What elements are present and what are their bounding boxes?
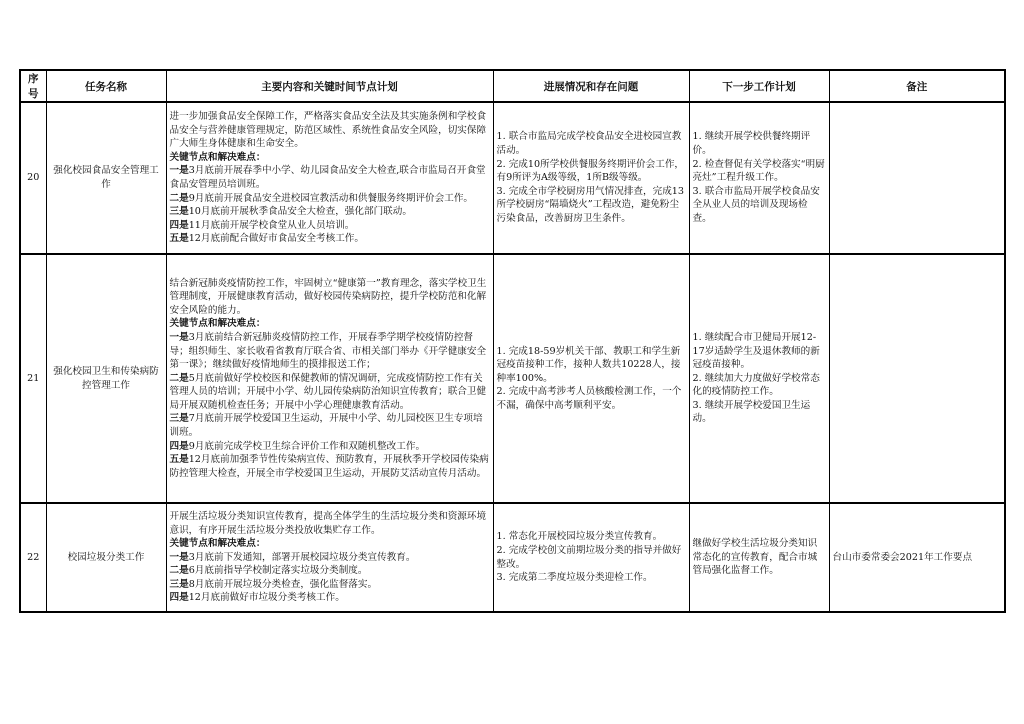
key-title: 关键节点和解决难点： [170,317,490,331]
progress-item: 3. 完成第二季度垃圾分类迎检工作。 [497,571,686,585]
header-row: 序号 任务名称 主要内容和关键时间节点计划 进展情况和存在问题 下一步工作计划 … [20,70,1005,102]
note [829,254,1005,503]
key-item: 四是11月底前开展学校食堂从业人员培训。 [170,219,490,233]
key-lead: 四是 [170,441,189,452]
key-lead: 五是 [170,454,189,465]
key-text: 3月底前结合新冠肺炎疫情防控工作，开展春季学期学校疫情防控督导；组织师生、家长收… [170,332,487,370]
next-item: 2. 继续加大力度做好学校常态化的疫情防控工作。 [693,372,826,399]
progress-item: 2. 完成10所学校供餐服务终期评价会工作，有9所评为A级等级，1所B级等级。 [497,158,686,185]
main-content: 进一步加强食品安全保障工作，严格落实食品安全法及其实施条例和学校食品安全与营养健… [166,102,493,254]
key-text: 8月底前开展垃圾分类检查，强化监督落实。 [189,579,377,590]
key-item: 四是9月底前完成学校卫生综合评价工作和双随机整改工作。 [170,440,490,454]
key-text: 5月底前做好学校校医和保健教师的情况调研，完成疫情防控工作有关管理人员的培训；开… [170,373,487,411]
key-item: 三是7月底前开展学校爱国卫生运动，开展中小学、幼儿园校医卫生专项培训班。 [170,412,490,439]
key-lead: 四是 [170,592,189,603]
next-plan: 继做好学校生活垃圾分类知识常态化的宣传教育，配合市城管局强化监督工作。 [689,503,829,612]
key-lead: 五是 [170,233,189,244]
key-text: 12月底前配合做好市食品安全考核工作。 [189,233,364,244]
task-name: 强化校园食品安全管理工作 [46,102,166,254]
header-task-name: 任务名称 [46,70,166,102]
header-next-plan: 下一步工作计划 [689,70,829,102]
key-lead: 三是 [170,579,189,590]
row-no: 21 [20,254,46,503]
note: 台山市委常委会2021年工作要点 [829,503,1005,612]
next-item: 2. 检查督促有关学校落实“明厨亮灶”工程升级工作。 [693,158,826,185]
key-lead: 二是 [170,565,189,576]
key-lead: 二是 [170,373,189,384]
next-item: 1. 继续配合市卫健局开展12-17岁适龄学生及退休教师的新冠疫苗接种。 [693,331,826,372]
progress: 1. 常态化开展校园垃圾分类宣传教育。 2. 完成学校创文前期垃圾分类的指导并做… [493,503,689,612]
key-text: 10月底前开展秋季食品安全大检查，强化部门联动。 [189,206,412,217]
key-item: 三是8月底前开展垃圾分类检查，强化监督落实。 [170,578,490,592]
next-item: 继做好学校生活垃圾分类知识常态化的宣传教育，配合市城管局强化监督工作。 [693,537,826,578]
progress-item: 3. 完成全市学校厨房用气情况排查，完成13所学校厨房“隔墙烧火”工程改造，避免… [497,185,686,226]
progress-item: 1. 常态化开展校园垃圾分类宣传教育。 [497,530,686,544]
row-no: 22 [20,503,46,612]
key-item: 一是3月底前下发通知，部署开展校园垃圾分类宣传教育。 [170,551,490,565]
key-item: 五是12月底前加强季节性传染病宣传、预防教育，开展秋季开学校园传染病防控管理大检… [170,453,490,480]
next-item: 3. 联合市监局开展学校食品安全从业人员的培训及现场检查。 [693,185,826,226]
main-intro: 进一步加强食品安全保障工作，严格落实食品安全法及其实施条例和学校食品安全与营养健… [170,110,490,151]
progress-item: 1. 完成18-59岁机关干部、教职工和学生新冠疫苗接种工作，接种人数共1022… [497,345,686,386]
progress: 1. 联合市监局完成学校食品安全进校园宣教活动。 2. 完成10所学校供餐服务终… [493,102,689,254]
key-item: 一是3月底前结合新冠肺炎疫情防控工作，开展春季学期学校疫情防控督导；组织师生、家… [170,331,490,372]
table-row: 21 强化校园卫生和传染病防控管理工作 结合新冠肺炎疫情防控工作，牢固树立“健康… [20,254,1005,503]
key-title: 关键节点和解决难点： [170,151,490,165]
next-plan: 1. 继续配合市卫健局开展12-17岁适龄学生及退休教师的新冠疫苗接种。 2. … [689,254,829,503]
main-content: 开展生活垃圾分类知识宣传教育，提高全体学生的生活垃圾分类和资源环境意识，有序开展… [166,503,493,612]
key-text: 9月底前完成学校卫生综合评价工作和双随机整改工作。 [189,441,425,452]
note [829,102,1005,254]
task-name: 校园垃圾分类工作 [46,503,166,612]
key-item: 一是3月底前开展春季中小学、幼儿园食品安全大检查,联合市监局召开食堂食品安管理员… [170,164,490,191]
key-item: 二是5月底前做好学校校医和保健教师的情况调研，完成疫情防控工作有关管理人员的培训… [170,372,490,413]
header-no: 序号 [20,70,46,102]
main-content: 结合新冠肺炎疫情防控工作，牢固树立“健康第一”教育理念，落实学校卫生管理制度，开… [166,254,493,503]
header-main-content: 主要内容和关键时间节点计划 [166,70,493,102]
key-text: 12月底前加强季节性传染病宣传、预防教育，开展秋季开学校园传染病防控管理大检查，… [170,454,489,479]
key-lead: 三是 [170,413,189,424]
main-intro: 结合新冠肺炎疫情防控工作，牢固树立“健康第一”教育理念，落实学校卫生管理制度，开… [170,277,490,318]
key-lead: 二是 [170,193,189,204]
key-text: 3月底前开展春季中小学、幼儿园食品安全大检查,联合市监局召开食堂食品安管理员培训… [170,165,486,190]
key-item: 二是6月底前指导学校制定落实垃圾分类制度。 [170,564,490,578]
next-item: 1. 继续开展学校供餐终期评价。 [693,130,826,157]
key-item: 五是12月底前配合做好市食品安全考核工作。 [170,232,490,246]
key-text: 12月底前做好市垃圾分类考核工作。 [189,592,345,603]
progress-item: 2. 完成学校创文前期垃圾分类的指导并做好整改。 [497,544,686,571]
key-lead: 四是 [170,220,189,231]
work-plan-table: 序号 任务名称 主要内容和关键时间节点计划 进展情况和存在问题 下一步工作计划 … [19,69,1006,613]
key-item: 三是10月底前开展秋季食品安全大检查，强化部门联动。 [170,205,490,219]
progress-item: 2. 完成中高考涉考人员核酸检测工作，一个不漏，确保中高考顺利平安。 [497,385,686,412]
key-lead: 一是 [170,332,189,343]
key-text: 7月底前开展学校爱国卫生运动，开展中小学、幼儿园校医卫生专项培训班。 [170,413,483,438]
key-text: 11月底前开展学校食堂从业人员培训。 [189,220,355,231]
next-item: 3. 继续开展学校爱国卫生运动。 [693,399,826,426]
key-lead: 一是 [170,165,189,176]
progress-item: 1. 联合市监局完成学校食品安全进校园宣教活动。 [497,130,686,157]
table-row: 20 强化校园食品安全管理工作 进一步加强食品安全保障工作，严格落实食品安全法及… [20,102,1005,254]
key-text: 6月底前指导学校制定落实垃圾分类制度。 [189,565,368,576]
header-note: 备注 [829,70,1005,102]
table-row: 22 校园垃圾分类工作 开展生活垃圾分类知识宣传教育，提高全体学生的生活垃圾分类… [20,503,1005,612]
key-lead: 三是 [170,206,189,217]
task-name: 强化校园卫生和传染病防控管理工作 [46,254,166,503]
key-item: 四是12月底前做好市垃圾分类考核工作。 [170,591,490,605]
key-text: 9月底前开展食品安全进校园宣教活动和供餐服务终期评价会工作。 [189,193,473,204]
main-intro: 开展生活垃圾分类知识宣传教育，提高全体学生的生活垃圾分类和资源环境意识，有序开展… [170,510,490,537]
header-progress: 进展情况和存在问题 [493,70,689,102]
key-item: 二是9月底前开展食品安全进校园宣教活动和供餐服务终期评价会工作。 [170,192,490,206]
row-no: 20 [20,102,46,254]
key-title: 关键节点和解决难点： [170,537,490,551]
key-text: 3月底前下发通知，部署开展校园垃圾分类宣传教育。 [189,552,416,563]
key-lead: 一是 [170,552,189,563]
next-plan: 1. 继续开展学校供餐终期评价。 2. 检查督促有关学校落实“明厨亮灶”工程升级… [689,102,829,254]
progress: 1. 完成18-59岁机关干部、教职工和学生新冠疫苗接种工作，接种人数共1022… [493,254,689,503]
